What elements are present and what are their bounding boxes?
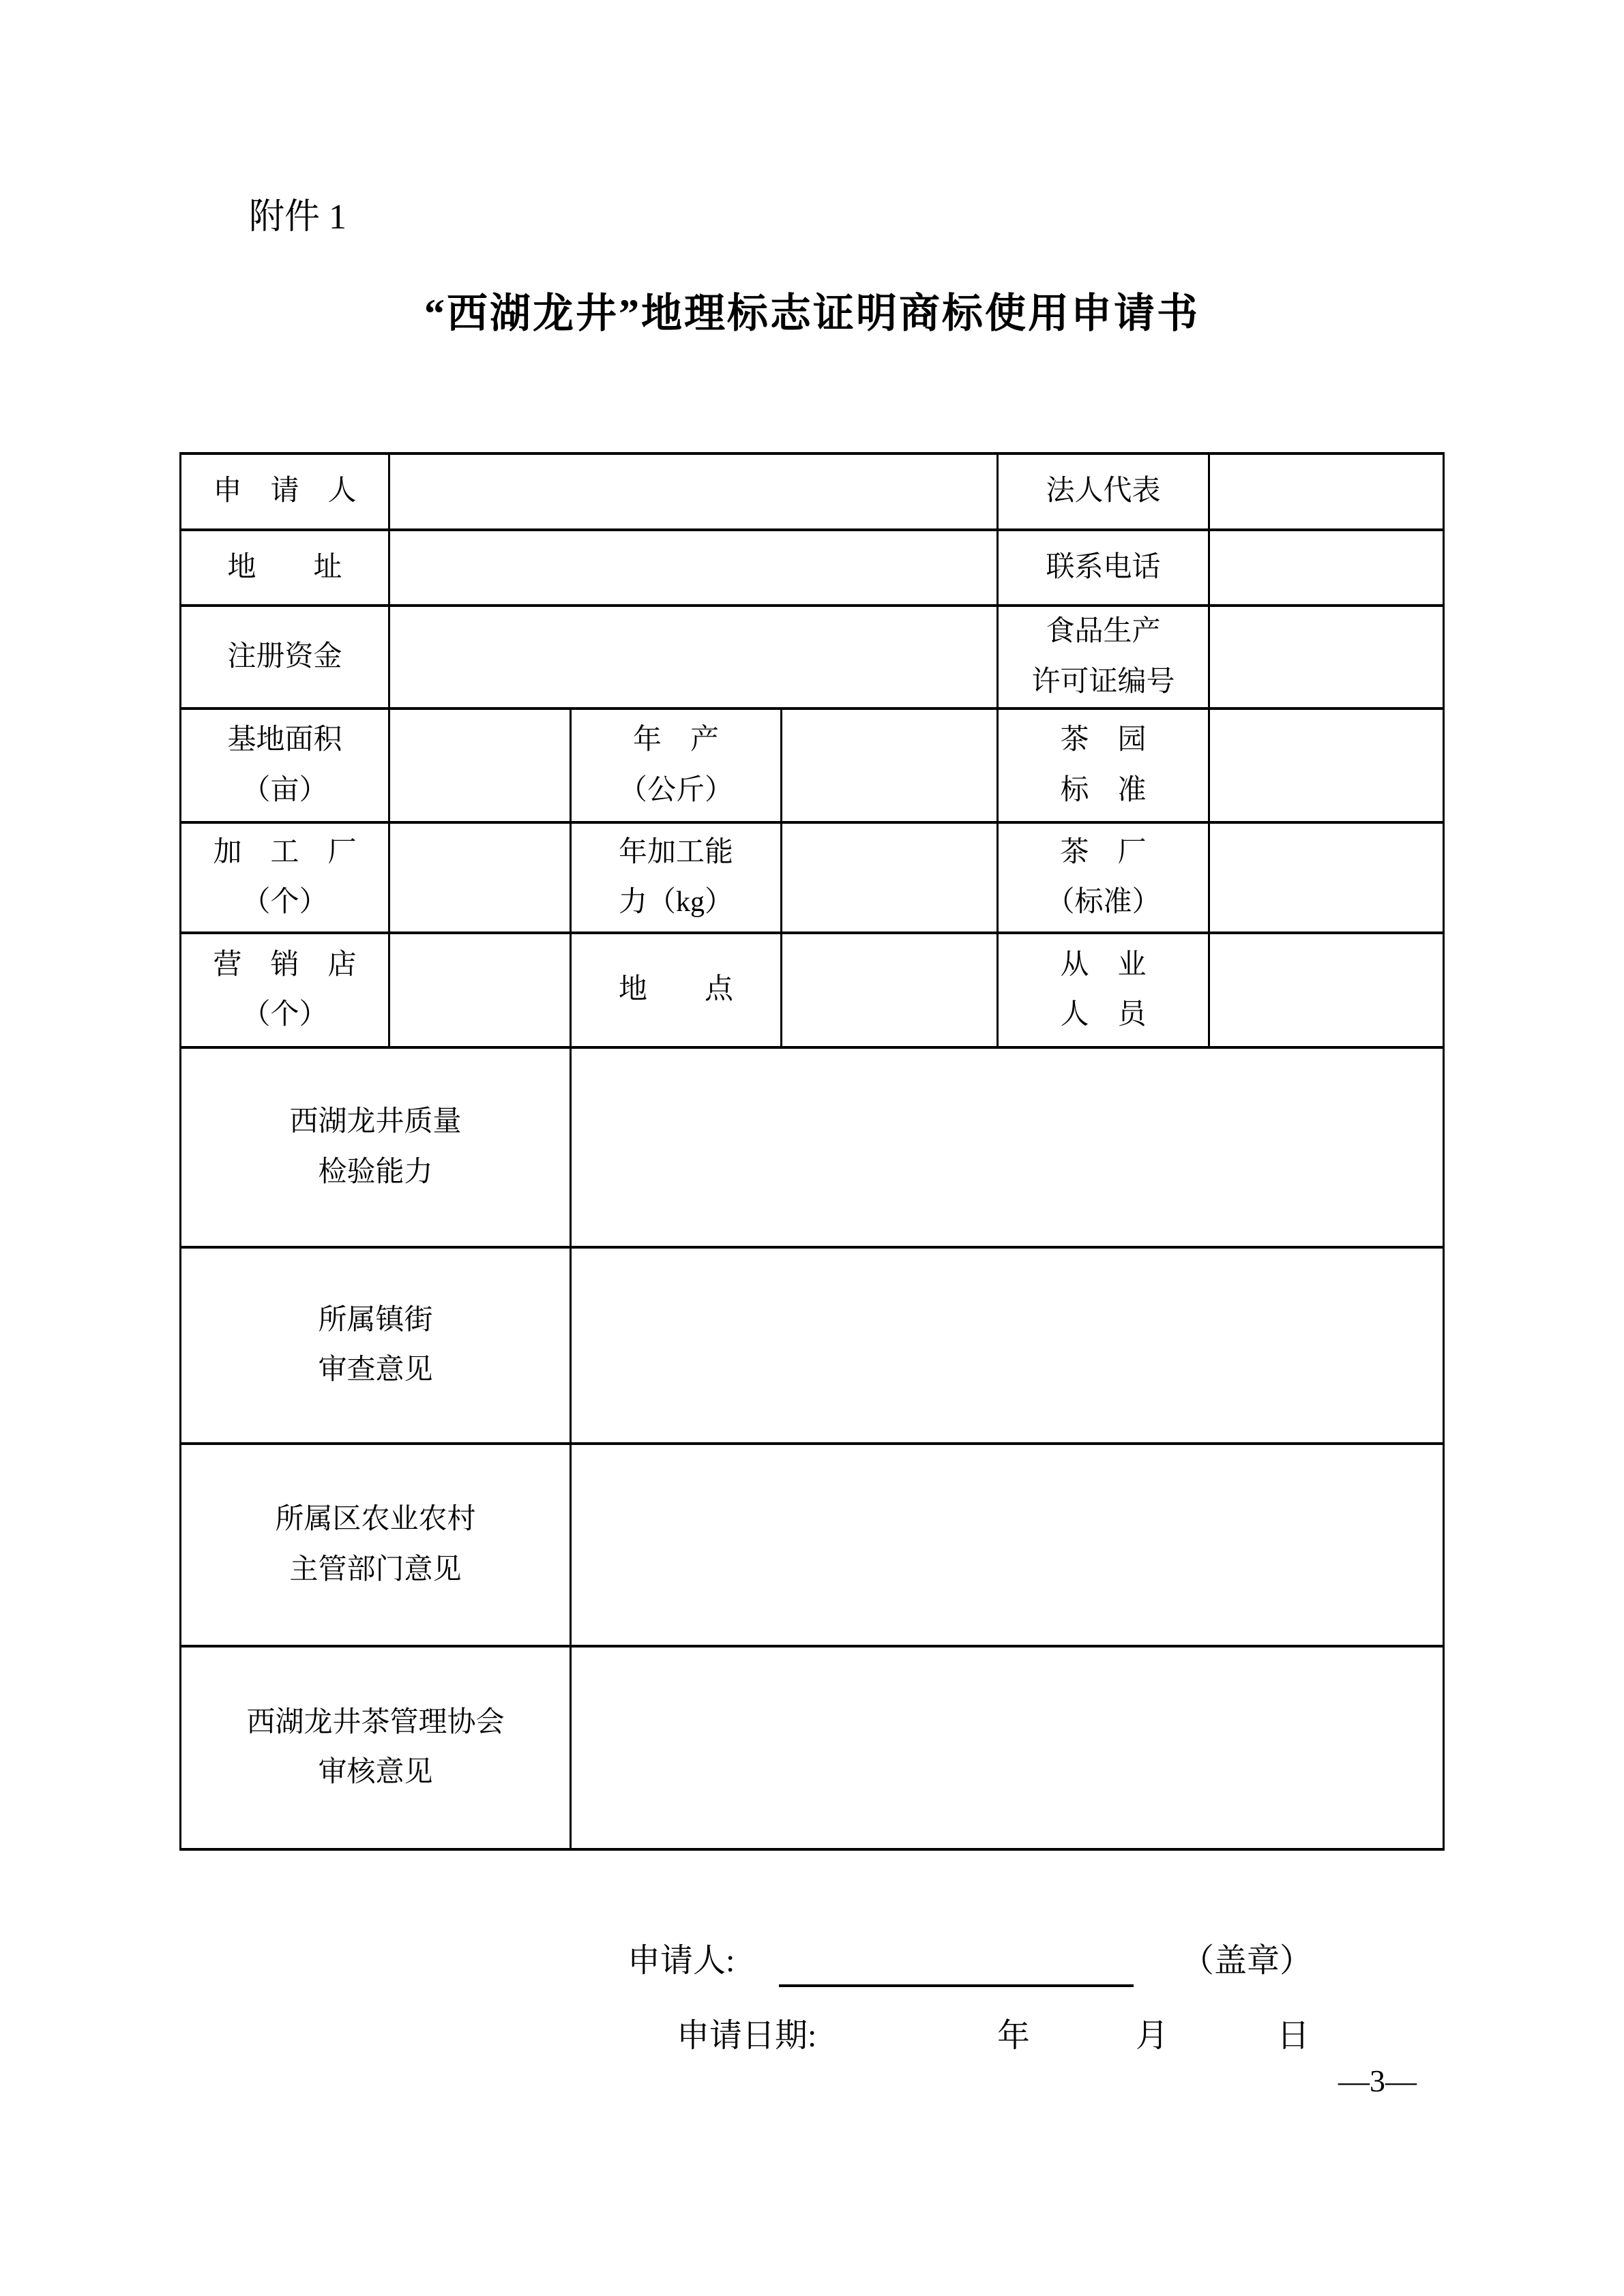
capacity-value [782,822,998,933]
signature-underline [779,1954,1134,1987]
table-row: 申 请 人 法人代表 [181,453,1444,530]
table-row: 西湖龙井质量 检验能力 [181,1047,1444,1247]
table-row: 西湖龙井茶管理协会 审核意见 [181,1646,1444,1849]
seal-label: （盖章） [1181,1940,1312,1982]
food-license-label: 食品生产 许可证编号 [998,606,1209,709]
factory-standard-value [1209,822,1444,933]
application-date-label: 申请日期: [677,2015,816,2057]
application-form-table: 申 请 人 法人代表 地 址 联系电话 注册资金 食品生产 许可证编号 基地面积… [179,452,1445,1851]
table-row: 所属区农业农村 主管部门意见 [181,1444,1444,1646]
legal-rep-label: 法人代表 [998,453,1209,530]
page-number: —3— [1338,2061,1417,2102]
document-page: 附件 1 “西湖龙井”地理标志证明商标使用申请书 申 请 人 法人代表 地 址 … [0,0,1624,2296]
staff-value [1209,933,1444,1047]
district-review-label: 所属区农业农村 主管部门意见 [181,1444,571,1646]
location-value [782,933,998,1047]
signature-applicant-label: 申请人: [628,1940,735,1982]
capacity-label: 年加工能 力（kg） [571,822,782,933]
store-count-label: 营 销 店 （个） [181,933,389,1047]
annual-yield-value [782,709,998,822]
table-row: 营 销 店 （个） 地 点 从 业 人 员 [181,933,1444,1047]
phone-value [1209,530,1444,606]
applicant-label: 申 请 人 [181,453,389,530]
base-area-value [389,709,571,822]
address-value [389,530,998,606]
table-row: 所属镇街 审查意见 [181,1247,1444,1444]
month-label: 月 [1136,2015,1168,2057]
table-row: 地 址 联系电话 [181,530,1444,606]
association-review-value [571,1646,1444,1849]
table-row: 加 工 厂 （个） 年加工能 力（kg） 茶 厂 （标准） [181,822,1444,933]
quality-inspection-label: 西湖龙井质量 检验能力 [181,1047,571,1247]
garden-standard-value [1209,709,1444,822]
location-label: 地 点 [571,933,782,1047]
town-review-label: 所属镇街 审查意见 [181,1247,571,1444]
table-row: 基地面积 （亩） 年 产 （公斤） 茶 园 标 准 [181,709,1444,822]
town-review-value [571,1247,1444,1444]
legal-rep-value [1209,453,1444,530]
phone-label: 联系电话 [998,530,1209,606]
page-title: “西湖龙井”地理标志证明商标使用申请书 [0,281,1624,340]
factory-count-value [389,822,571,933]
year-label: 年 [997,2015,1030,2057]
day-label: 日 [1277,2015,1310,2057]
garden-standard-label: 茶 园 标 准 [998,709,1209,822]
store-count-value [389,933,571,1047]
factory-standard-label: 茶 厂 （标准） [998,822,1209,933]
factory-count-label: 加 工 厂 （个） [181,822,389,933]
district-review-value [571,1444,1444,1646]
annual-yield-label: 年 产 （公斤） [571,709,782,822]
base-area-label: 基地面积 （亩） [181,709,389,822]
capital-value [389,606,998,709]
food-license-value [1209,606,1444,709]
attachment-label: 附件 1 [249,196,346,239]
address-label: 地 址 [181,530,389,606]
capital-label: 注册资金 [181,606,389,709]
staff-label: 从 业 人 员 [998,933,1209,1047]
applicant-value [389,453,998,530]
quality-inspection-value [571,1047,1444,1247]
table-row: 注册资金 食品生产 许可证编号 [181,606,1444,709]
association-review-label: 西湖龙井茶管理协会 审核意见 [181,1646,571,1849]
